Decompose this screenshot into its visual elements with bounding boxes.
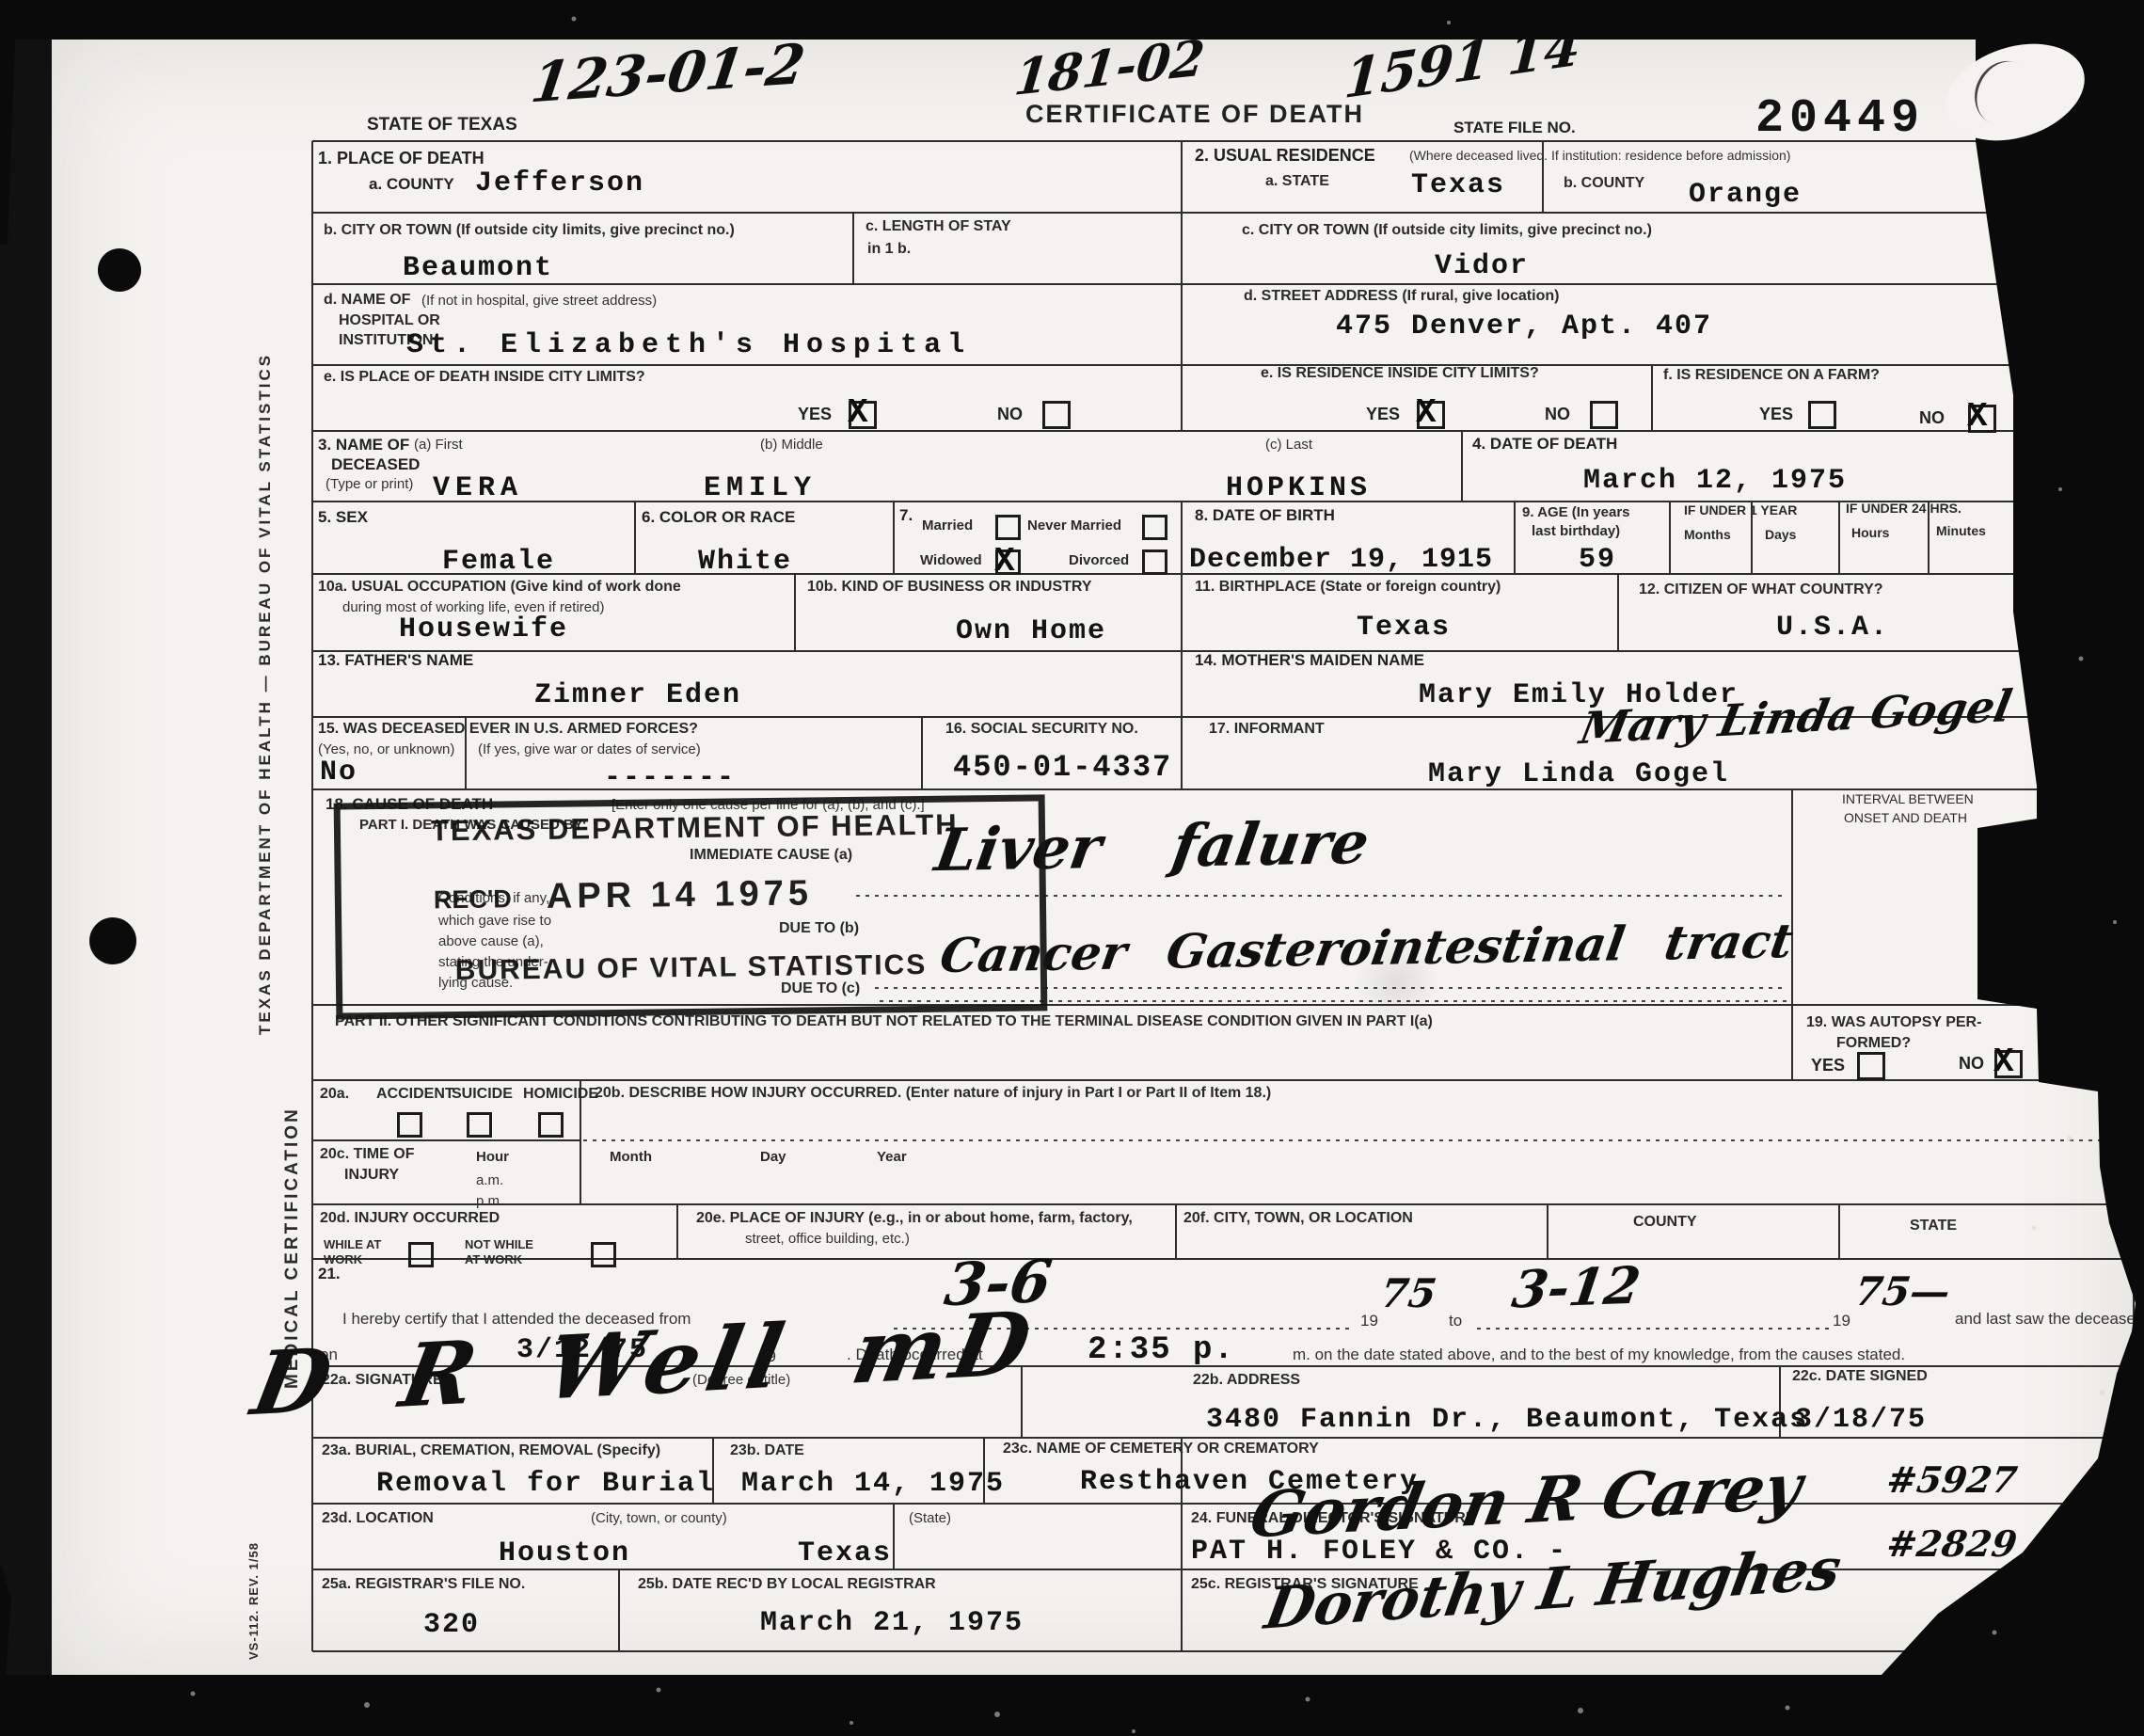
name-heading-3: (Type or print)	[326, 476, 413, 492]
never-married-label: Never Married	[1027, 518, 1121, 534]
am-label: a.m.	[476, 1172, 503, 1188]
date-of-birth-label: 8. DATE OF BIRTH	[1195, 506, 1335, 525]
days-label: Days	[1765, 527, 1796, 542]
age-value: 59	[1579, 546, 1616, 574]
registrar-date-value: March 21, 1975	[760, 1609, 1024, 1637]
attended-to-handwritten: 3-12	[1510, 1263, 1644, 1314]
armed-forces-paren: (Yes, no, or unknown)	[318, 741, 454, 757]
marital-label: 7.	[899, 506, 913, 525]
place-of-death-heading: 1. PLACE OF DEATH	[318, 149, 484, 168]
place-inside-yes-label: YES	[798, 405, 832, 424]
autopsy-yes-label: YES	[1811, 1056, 1845, 1075]
ssn-label: 16. SOCIAL SECURITY NO.	[945, 721, 1138, 738]
injury-county-label: COUNTY	[1633, 1214, 1697, 1231]
injury-20d-label: 20d. INJURY OCCURRED	[320, 1210, 500, 1227]
injury-20c-label: 20c. TIME OF	[320, 1146, 414, 1163]
citizen-label: 12. CITIZEN OF WHAT COUNTRY?	[1639, 581, 1883, 598]
margin-form-code: VS-112. REV. 1/58	[246, 1485, 261, 1660]
date-signed-value: 3/18/75	[1795, 1406, 1927, 1434]
homicide-checkbox	[538, 1112, 564, 1138]
if-under-1-year-label: IF UNDER 1 YEAR	[1684, 502, 1797, 518]
age-label-2: last birthday)	[1532, 523, 1620, 539]
cause-b-handwritten: Cancer Gasterointestinal tract	[937, 919, 1795, 977]
sex-value: Female	[442, 548, 555, 576]
minutes-label: Minutes	[1936, 523, 1986, 538]
date-of-birth-value: December 19, 1915	[1189, 546, 1493, 574]
punch-hole-top	[98, 248, 141, 292]
informant-label: 17. INFORMANT	[1209, 721, 1325, 738]
burial-date-label: 23b. DATE	[730, 1442, 804, 1459]
to-label: to	[1449, 1312, 1462, 1330]
residence-county-label: b. COUNTY	[1564, 175, 1644, 192]
day-label: Day	[760, 1149, 786, 1165]
place-inside-city-label: e. IS PLACE OF DEATH INSIDE CITY LIMITS?	[324, 369, 645, 386]
hour-label: Hour	[476, 1149, 509, 1165]
if-under-24-hrs-label: IF UNDER 24 HRS.	[1846, 501, 1961, 516]
autopsy-no-checkbox	[1994, 1050, 2023, 1078]
autopsy-label: 19. WAS AUTOPSY PER-	[1806, 1014, 1981, 1031]
registrar-file-label: 25a. REGISTRAR'S FILE NO.	[322, 1576, 525, 1593]
autopsy-yes-checkbox	[1857, 1052, 1885, 1080]
injury-20e-label-2: street, office building, etc.)	[745, 1231, 910, 1247]
citizen-value: U.S.A.	[1776, 613, 1889, 642]
name-middle-value: EMILY	[704, 474, 817, 502]
months-label: Months	[1684, 527, 1731, 542]
birthplace-value: Texas	[1357, 613, 1451, 642]
name-last-value: HOPKINS	[1226, 474, 1371, 502]
name-first-label: (a) First	[414, 437, 463, 453]
place-city-label: b. CITY OR TOWN (If outside city limits,…	[324, 222, 735, 239]
margin-agency-text: TEXAS DEPARTMENT OF HEALTH — BUREAU OF V…	[256, 299, 275, 1035]
date-of-death-label: 4. DATE OF DEATH	[1472, 435, 1617, 454]
burial-state-paren: (State)	[909, 1510, 951, 1526]
state-file-no-label: STATE FILE NO.	[1453, 119, 1576, 137]
hospital-name-label-2: HOSPITAL OR	[339, 312, 440, 329]
age-label: 9. AGE (In years	[1522, 504, 1630, 520]
widowed-checkbox	[995, 549, 1021, 575]
place-inside-yes-checkbox	[849, 401, 877, 429]
armed-forces-label: 15. WAS DECEASED EVER IN U.S. ARMED FORC…	[318, 721, 698, 738]
physician-address-label: 22b. ADDRESS	[1193, 1372, 1300, 1389]
injury-state-label: STATE	[1910, 1218, 1957, 1234]
birthplace-label: 11. BIRTHPLACE (State or foreign country…	[1195, 579, 1501, 596]
certify-number: 21.	[318, 1265, 341, 1283]
hospital-name-paren: (If not in hospital, give street address…	[421, 293, 657, 309]
burial-type-label: 23a. BURIAL, CREMATION, REMOVAL (Specify…	[322, 1442, 660, 1459]
injury-20f-label: 20f. CITY, TOWN, OR LOCATION	[1183, 1210, 1413, 1227]
widowed-label: Widowed	[920, 552, 982, 568]
residence-inside-city-label: e. IS RESIDENCE INSIDE CITY LIMITS?	[1261, 365, 1539, 382]
residence-inside-yes-checkbox	[1417, 401, 1445, 429]
stamp-date-text: APR 14 1975	[547, 873, 814, 916]
year-printed-1: 19	[1360, 1312, 1378, 1330]
war-dates-paren: (If yes, give war or dates of service)	[478, 741, 701, 757]
autopsy-no-label: NO	[1959, 1054, 1984, 1074]
month-label: Month	[610, 1149, 652, 1165]
physician-address-value: 3480 Fannin Dr., Beaumont, Texas	[1206, 1406, 1808, 1434]
business-label: 10b. KIND OF BUSINESS OR INDUSTRY	[807, 579, 1092, 596]
accident-checkbox	[397, 1112, 422, 1138]
certify-line1-end: and last saw the deceased alive	[1955, 1310, 2144, 1329]
name-heading-2: DECEASED	[331, 455, 420, 474]
hospital-name-label: d. NAME OF	[324, 292, 410, 309]
residence-heading: 2. USUAL RESIDENCE	[1195, 146, 1375, 166]
not-while-at-work-checkbox	[591, 1242, 616, 1267]
place-inside-no-checkbox	[1042, 401, 1071, 429]
length-of-stay-label: c. LENGTH OF STAY	[866, 218, 1011, 235]
autopsy-label-2: FORMED?	[1836, 1035, 1911, 1052]
date-of-death-value: March 12, 1975	[1583, 467, 1847, 495]
business-value: Own Home	[956, 617, 1106, 645]
married-label: Married	[922, 518, 973, 534]
residence-farm-yes-checkbox	[1808, 401, 1836, 429]
stamp-recd-text: REC'D	[434, 884, 512, 915]
mother-name-label: 14. MOTHER'S MAIDEN NAME	[1195, 651, 1424, 670]
ssn-value: 450-01-4337	[953, 753, 1172, 783]
residence-state-label: a. STATE	[1265, 173, 1329, 190]
handwritten-district-code: 123-01-2	[529, 40, 808, 108]
name-middle-label: (b) Middle	[760, 437, 823, 453]
injury-20a-label: 20a.	[320, 1086, 349, 1103]
divorced-label: Divorced	[1069, 552, 1129, 568]
funeral-director-number-1: #5927	[1885, 1464, 2019, 1496]
name-first-value: VERA	[433, 474, 523, 502]
race-label: 6. COLOR OR RACE	[642, 508, 795, 527]
hospital-name-value: St. Elizabeth's Hospital	[406, 331, 971, 359]
residence-inside-no-checkbox	[1590, 401, 1618, 429]
residence-farm-no-label: NO	[1919, 408, 1945, 428]
residence-farm-label: f. IS RESIDENCE ON A FARM?	[1663, 367, 1880, 384]
injury-20c-label-2: INJURY	[344, 1167, 399, 1184]
name-heading: 3. NAME OF	[318, 436, 409, 454]
residence-city-value: Vidor	[1435, 252, 1529, 280]
name-last-label: (c) Last	[1265, 437, 1312, 453]
residence-street-value: 475 Denver, Apt. 407	[1336, 312, 1712, 341]
while-at-work-label: WHILE AT	[324, 1238, 381, 1252]
burial-location-label: 23d. LOCATION	[322, 1510, 434, 1527]
place-inside-no-label: NO	[997, 405, 1023, 424]
residence-street-label: d. STREET ADDRESS (If rural, give locati…	[1244, 288, 1559, 305]
not-while-at-work-label: NOT WHILE	[465, 1238, 533, 1252]
certificate-title: CERTIFICATE OF DEATH	[1025, 100, 1364, 129]
residence-county-value: Orange	[1689, 181, 1802, 209]
war-dates-value: -------	[604, 764, 736, 792]
interval-label-2: ONSET AND DEATH	[1844, 810, 1967, 825]
pm-label: p.m.	[476, 1193, 503, 1209]
year-printed-2: 19	[1833, 1312, 1850, 1330]
residence-heading-paren: (Where deceased lived. If institution: r…	[1409, 148, 1790, 163]
residence-farm-no-checkbox	[1968, 405, 1996, 433]
occupation-label: 10a. USUAL OCCUPATION (Give kind of work…	[318, 579, 681, 596]
scanned-death-certificate: STATE OF TEXAS 123-01-2 181-02 CERTIFICA…	[0, 0, 2144, 1736]
not-while-at-work-label-2: AT WORK	[465, 1253, 522, 1267]
burial-type-value: Removal for Burial	[376, 1470, 715, 1498]
year-handwritten-1: 75	[1378, 1276, 1438, 1312]
length-of-stay-label-2: in 1 b.	[867, 241, 911, 258]
while-at-work-checkbox	[408, 1242, 434, 1267]
injury-20e-label: 20e. PLACE OF INJURY (e.g., in or about …	[696, 1210, 1133, 1227]
suicide-label: SUICIDE	[452, 1086, 513, 1103]
father-name-label: 13. FATHER'S NAME	[318, 651, 473, 670]
certify-line2-end: m. on the date stated above, and to the …	[1293, 1346, 1905, 1364]
place-county-label: a. COUNTY	[369, 175, 454, 194]
burial-city-value: Houston	[499, 1539, 630, 1568]
residence-farm-yes-label: YES	[1759, 405, 1793, 424]
homicide-label: HOMICIDE	[523, 1086, 598, 1103]
informant-typed-value: Mary Linda Gogel	[1428, 760, 1729, 788]
injury-20b-label: 20b. DESCRIBE HOW INJURY OCCURRED. (Ente…	[595, 1085, 1271, 1102]
interval-label-1: INTERVAL BETWEEN	[1842, 791, 1974, 806]
stamp-bureau-text: BUREAU OF VITAL STATISTICS	[455, 949, 928, 987]
residence-inside-no-label: NO	[1545, 405, 1570, 424]
punch-hole-bottom	[89, 917, 136, 964]
registrar-file-value: 320	[423, 1611, 480, 1639]
place-city-value: Beaumont	[403, 254, 553, 282]
married-checkbox	[995, 515, 1021, 540]
suicide-checkbox	[467, 1112, 492, 1138]
state-file-number: 20449	[1755, 96, 1925, 143]
funeral-director-number-2: #2829	[1885, 1528, 2019, 1560]
father-name-value: Zimner Eden	[534, 681, 741, 709]
received-stamp: TEXAS DEPARTMENT OF HEALTH REC'D APR 14 …	[334, 794, 1048, 1019]
year-handwritten-2: 75—	[1852, 1274, 1952, 1310]
burial-location-paren: (City, town, or county)	[591, 1510, 727, 1526]
date-signed-label: 22c. DATE SIGNED	[1792, 1368, 1928, 1385]
residence-city-label: c. CITY OR TOWN (If outside city limits,…	[1242, 222, 1652, 239]
burial-state-value: Texas	[798, 1539, 892, 1568]
cemetery-label: 23c. NAME OF CEMETERY OR CREMATORY	[1003, 1441, 1319, 1457]
never-married-checkbox	[1142, 515, 1167, 540]
burial-date-value: March 14, 1975	[741, 1470, 1005, 1498]
stamp-agency-text: TEXAS DEPARTMENT OF HEALTH	[431, 808, 959, 849]
accident-label: ACCIDENT	[376, 1086, 454, 1103]
race-value: White	[698, 548, 792, 576]
hours-label: Hours	[1851, 525, 1889, 540]
residence-inside-yes-label: YES	[1366, 405, 1400, 424]
divorced-checkbox	[1142, 549, 1167, 575]
residence-state-value: Texas	[1411, 171, 1505, 199]
time-of-death-value: 2:35 p.	[1088, 1334, 1235, 1366]
armed-forces-value: No	[320, 758, 357, 787]
sex-label: 5. SEX	[318, 508, 368, 527]
registrar-date-label: 25b. DATE REC'D BY LOCAL REGISTRAR	[638, 1576, 936, 1593]
occupation-value: Housewife	[399, 615, 568, 644]
state-of-texas-label: STATE OF TEXAS	[367, 115, 517, 135]
year-label: Year	[877, 1149, 907, 1165]
place-county-value: Jefferson	[475, 169, 644, 198]
